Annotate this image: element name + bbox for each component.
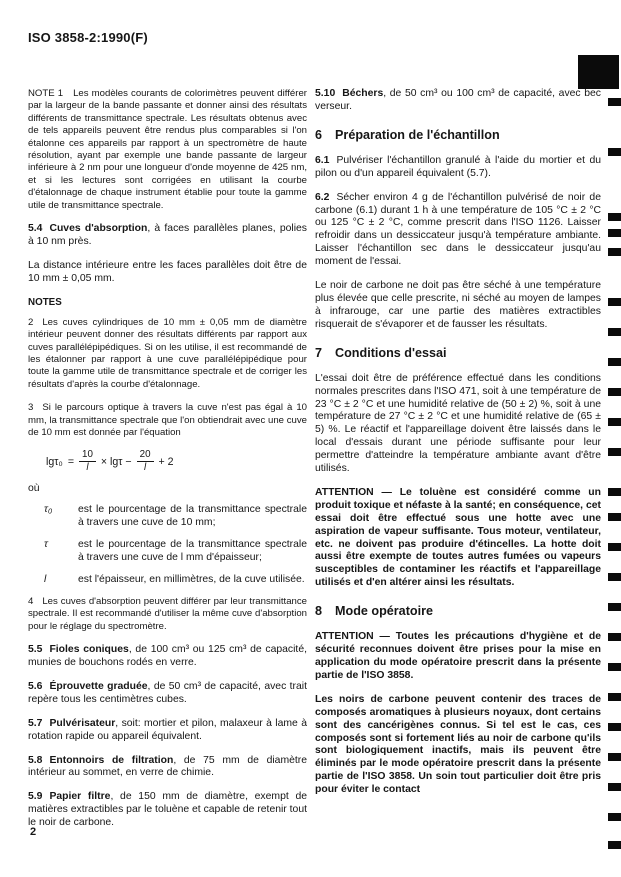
scan-artifact-dash [608,358,621,366]
section-term: Fioles coniques [49,644,128,655]
section-number: 5.7 [28,718,42,729]
heading-text: Préparation de l'échantillon [335,128,500,142]
scan-artifact-dash [608,388,621,396]
scan-artifact-dash [608,693,621,701]
section-number: 5.9 [28,791,42,802]
section-5-4: 5.4Cuves d'absorption, à faces parallèle… [28,223,307,249]
note-body: Les modèles courants de colorimètres peu… [28,88,307,211]
scan-artifact-dash [608,98,621,106]
section-number: 6.2 [315,192,329,203]
scan-artifact-dash [608,543,621,551]
heading-text: Mode opératoire [335,604,433,618]
section-5-10: 5.10Béchers, de 50 cm³ ou 100 cm³ de cap… [315,88,601,114]
equation-lhs: lgτ₀ [46,456,63,468]
note-number: 4 [28,596,33,607]
scan-artifact-dash [608,229,621,237]
section-term: Éprouvette graduée [49,681,147,692]
scan-artifact-block [578,55,619,89]
symbol: τ [44,539,78,565]
definition-text: est l'épaisseur, en millimètres, de la c… [78,574,307,587]
heading-6: 6Préparation de l'échantillon [315,128,601,142]
right-column: 5.10Béchers, de 50 cm³ ou 100 cm³ de cap… [315,88,601,808]
warning-toluene: ATTENTION — Le toluène est considéré com… [315,487,601,590]
section-text: Pulvériser l'échantillon granulé à l'aid… [315,155,601,179]
heading-number: 8 [315,604,322,618]
where-label: où [28,483,307,494]
symbol: τ₀ [44,504,78,530]
symbol-definition: τest le pourcentage de la transmittance … [28,539,307,565]
scan-artifact-dash [608,841,621,849]
section-number: 6.1 [315,155,329,166]
symbol-definition: τ₀est le pourcentage de la transmittance… [28,504,307,530]
scan-artifact-dash [608,418,621,426]
definition-text: est le pourcentage de la transmittance s… [78,539,307,565]
fraction: 10l [79,450,96,473]
scan-artifact-dash [608,813,621,821]
section-number: 5.6 [28,681,42,692]
equation: lgτ₀ = 10l × lgτ − 20l + 2 [46,450,307,473]
note-3: 3Si le parcours optique à travers la cuv… [28,402,307,439]
section-5-5: 5.5Fioles coniques, de 100 cm³ ou 125 cm… [28,644,307,670]
note-number: 3 [28,402,33,413]
scan-artifact-dash [608,633,621,641]
document-page: ISO 3858-2:1990(F) NOTE 1Les modèles cou… [0,0,621,877]
heading-number: 6 [315,128,322,142]
equals-sign: = [68,456,74,468]
section-text: Sécher environ 4 g de l'échantillon pulv… [315,192,601,268]
section-term: Papier filtre [49,791,110,802]
note-4: 4Les cuves d'absorption peuvent différer… [28,596,307,633]
section-number: 5.4 [28,223,42,234]
note-number: 2 [28,317,33,328]
section-term: Entonnoirs de filtration [49,755,173,766]
heading-7: 7Conditions d'essai [315,346,601,360]
section-term: Béchers [342,88,383,99]
section-6-2: 6.2Sécher environ 4 g de l'échantillon p… [315,192,601,269]
scan-artifact-dash [608,448,621,456]
heading-text: Conditions d'essai [335,346,446,360]
scan-artifact-dash [608,298,621,306]
carcinogen-paragraph: Les noirs de carbone peuvent contenir de… [315,694,601,797]
note-label: NOTE 1 [28,88,63,99]
equation-tail: + 2 [159,456,174,468]
section-5-6: 5.6Éprouvette graduée, de 50 cm³ de capa… [28,681,307,707]
section-number: 5.8 [28,755,42,766]
note-2: 2Les cuves cylindriques de 10 mm ± 0,05 … [28,317,307,391]
note-body: Si le parcours optique à travers la cuve… [28,402,307,438]
distance-paragraph: La distance intérieure entre les faces p… [28,260,307,286]
scan-artifact-dash [608,148,621,156]
scan-artifact-dash [608,513,621,521]
scan-artifact-dash [608,603,621,611]
section-term: Pulvérisateur [49,718,115,729]
section-number: 5.10 [315,88,335,99]
fraction: 20l [137,450,154,473]
heading-number: 7 [315,346,322,360]
left-column: NOTE 1Les modèles courants de colorimètr… [28,88,307,841]
page-number: 2 [30,826,36,838]
test-conditions-paragraph: L'essai doit être de préférence effectué… [315,373,601,476]
notes-heading: NOTES [28,297,307,308]
equation-middle: × lgτ − [101,456,132,468]
warning-safety: ATTENTION — Toutes les précautions d'hyg… [315,631,601,683]
scan-artifact-dash [608,723,621,731]
drying-caution-paragraph: Le noir de carbone ne doit pas être séch… [315,280,601,332]
note-body: Les cuves d'absorption peuvent différer … [28,596,307,632]
definition-text: est le pourcentage de la transmittance s… [78,504,307,530]
document-reference: ISO 3858-2:1990(F) [28,30,148,45]
scan-artifact-dash [608,488,621,496]
note-1: NOTE 1Les modèles courants de colorimètr… [28,88,307,212]
scan-artifact-dash [608,328,621,336]
note-body: Les cuves cylindriques de 10 mm ± 0,05 m… [28,317,307,390]
section-6-1: 6.1Pulvériser l'échantillon granulé à l'… [315,155,601,181]
section-5-9: 5.9Papier filtre, de 150 mm de diamètre,… [28,791,307,830]
scan-artifact-dash [608,783,621,791]
heading-8: 8Mode opératoire [315,604,601,618]
symbol: l [44,574,78,587]
section-5-8: 5.8Entonnoirs de filtration, de 75 mm de… [28,755,307,781]
section-term: Cuves d'absorption [49,223,147,234]
symbol-definition: lest l'épaisseur, en millimètres, de la … [28,574,307,587]
scan-artifact-dash [608,753,621,761]
scan-artifact-dash [608,573,621,581]
scan-artifact-dash [608,213,621,221]
section-number: 5.5 [28,644,42,655]
scan-artifact-dash [608,663,621,671]
scan-artifact-dash [608,248,621,256]
section-5-7: 5.7Pulvérisateur, soit: mortier et pilon… [28,718,307,744]
